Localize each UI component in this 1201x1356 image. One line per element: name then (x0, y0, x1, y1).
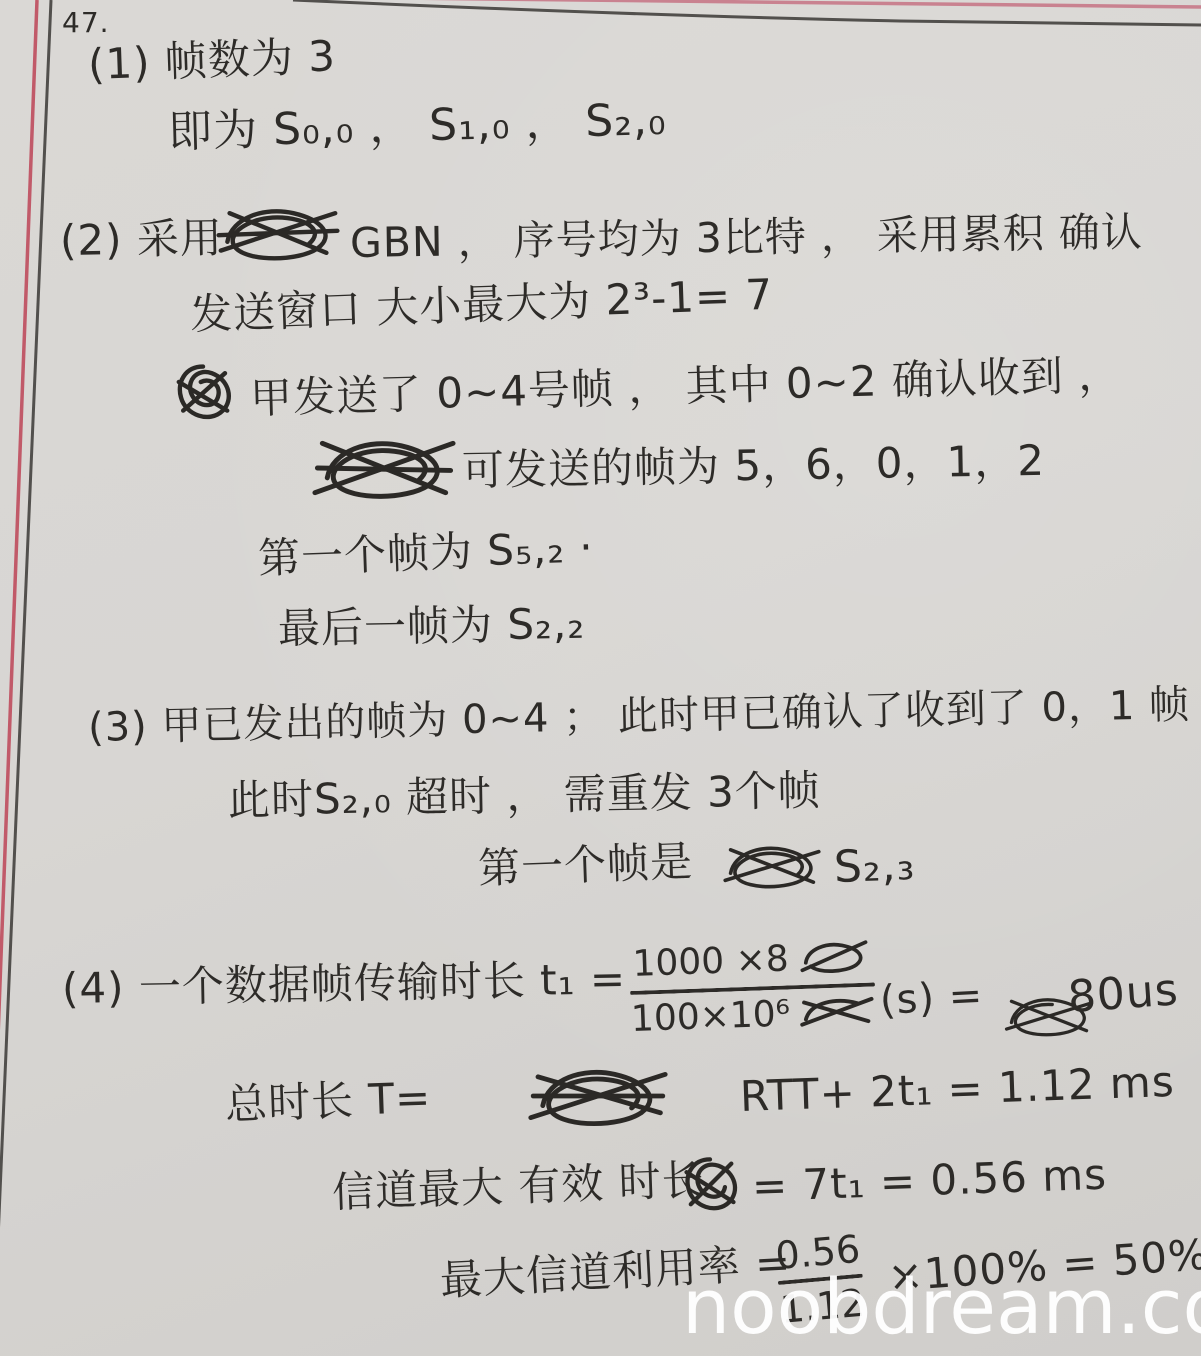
part4-line2-prefix: 总时长 T= (224, 1065, 432, 1132)
part4-line1-prefix: (4) 一个数据帧传输时长 t₁ = (61, 946, 626, 1016)
crossout-scribble-icon (212, 196, 344, 270)
transmission-time-fraction: 1000 ×8 100×10⁶ (628, 931, 876, 1039)
crossout-scribble-icon (462, 1060, 734, 1132)
part2-line4: 可发送的帧为 5，6，0，1，2 (461, 428, 1045, 498)
part3-line2: 此时S₂,₀ 超时 ， 需重发 3个帧 (227, 758, 821, 828)
part4-line3-result: = 7t₁ = 0.56 ms (751, 1150, 1108, 1211)
fraction-numerator: 1000 ×8 (632, 938, 789, 984)
part1-line1: (1) 帧数为 3 (87, 23, 337, 92)
part2-line3: 甲发送了 0~4号帧 ， 其中 0~2 确认收到 ， (249, 342, 1122, 426)
part2-line1-prefix: (2) 采用 (59, 205, 223, 268)
part4-line3-prefix: 信道最大 有效 时长 (331, 1147, 706, 1220)
part4-line2-result: RTT+ 2t₁ = 1.12 ms (739, 1057, 1175, 1121)
fraction-denominator: 100×10⁶ (630, 993, 790, 1040)
crossout-scribble-icon (797, 989, 876, 1034)
part3-line3-prefix: 第一个帧是 (477, 829, 694, 896)
crossout-scribble-icon (310, 430, 458, 506)
crossout-scribble-icon (718, 836, 826, 896)
part2-line6: 最后一帧为 S₂,₂ (277, 591, 585, 656)
part3-line1: (3) 甲已发出的帧为 0~4 ； 此时甲已确认了收到了 0，1 帧 (87, 673, 1190, 753)
part2-line5: 第一个帧为 S₅,₂ · (257, 514, 595, 586)
watermark: noobdream.com (682, 1262, 1201, 1351)
part2-line2: 发送窗口 大小最大为 2³-1= 7 (189, 262, 774, 342)
part4-line1-unit: (s) = (879, 973, 985, 1024)
notebook-page: 47. (1) 帧数为 3 即为 S₀,₀ ， S₁,₀ ， S₂,₀ (2) … (0, 0, 1201, 1356)
blob-scribble-icon (170, 354, 236, 432)
blob-scribble-icon (678, 1150, 742, 1220)
part4-line1-result: 80us (1066, 964, 1180, 1023)
part2-line1-suffix: GBN ， 序号均为 3比特 ， 采用累积 确认 (350, 199, 1144, 269)
part3-line3-answer: S₂,₃ (833, 839, 916, 893)
part1-line2: 即为 S₀,₀ ， S₁,₀ ， S₂,₀ (167, 83, 667, 160)
crossout-scribble-icon (796, 932, 872, 983)
